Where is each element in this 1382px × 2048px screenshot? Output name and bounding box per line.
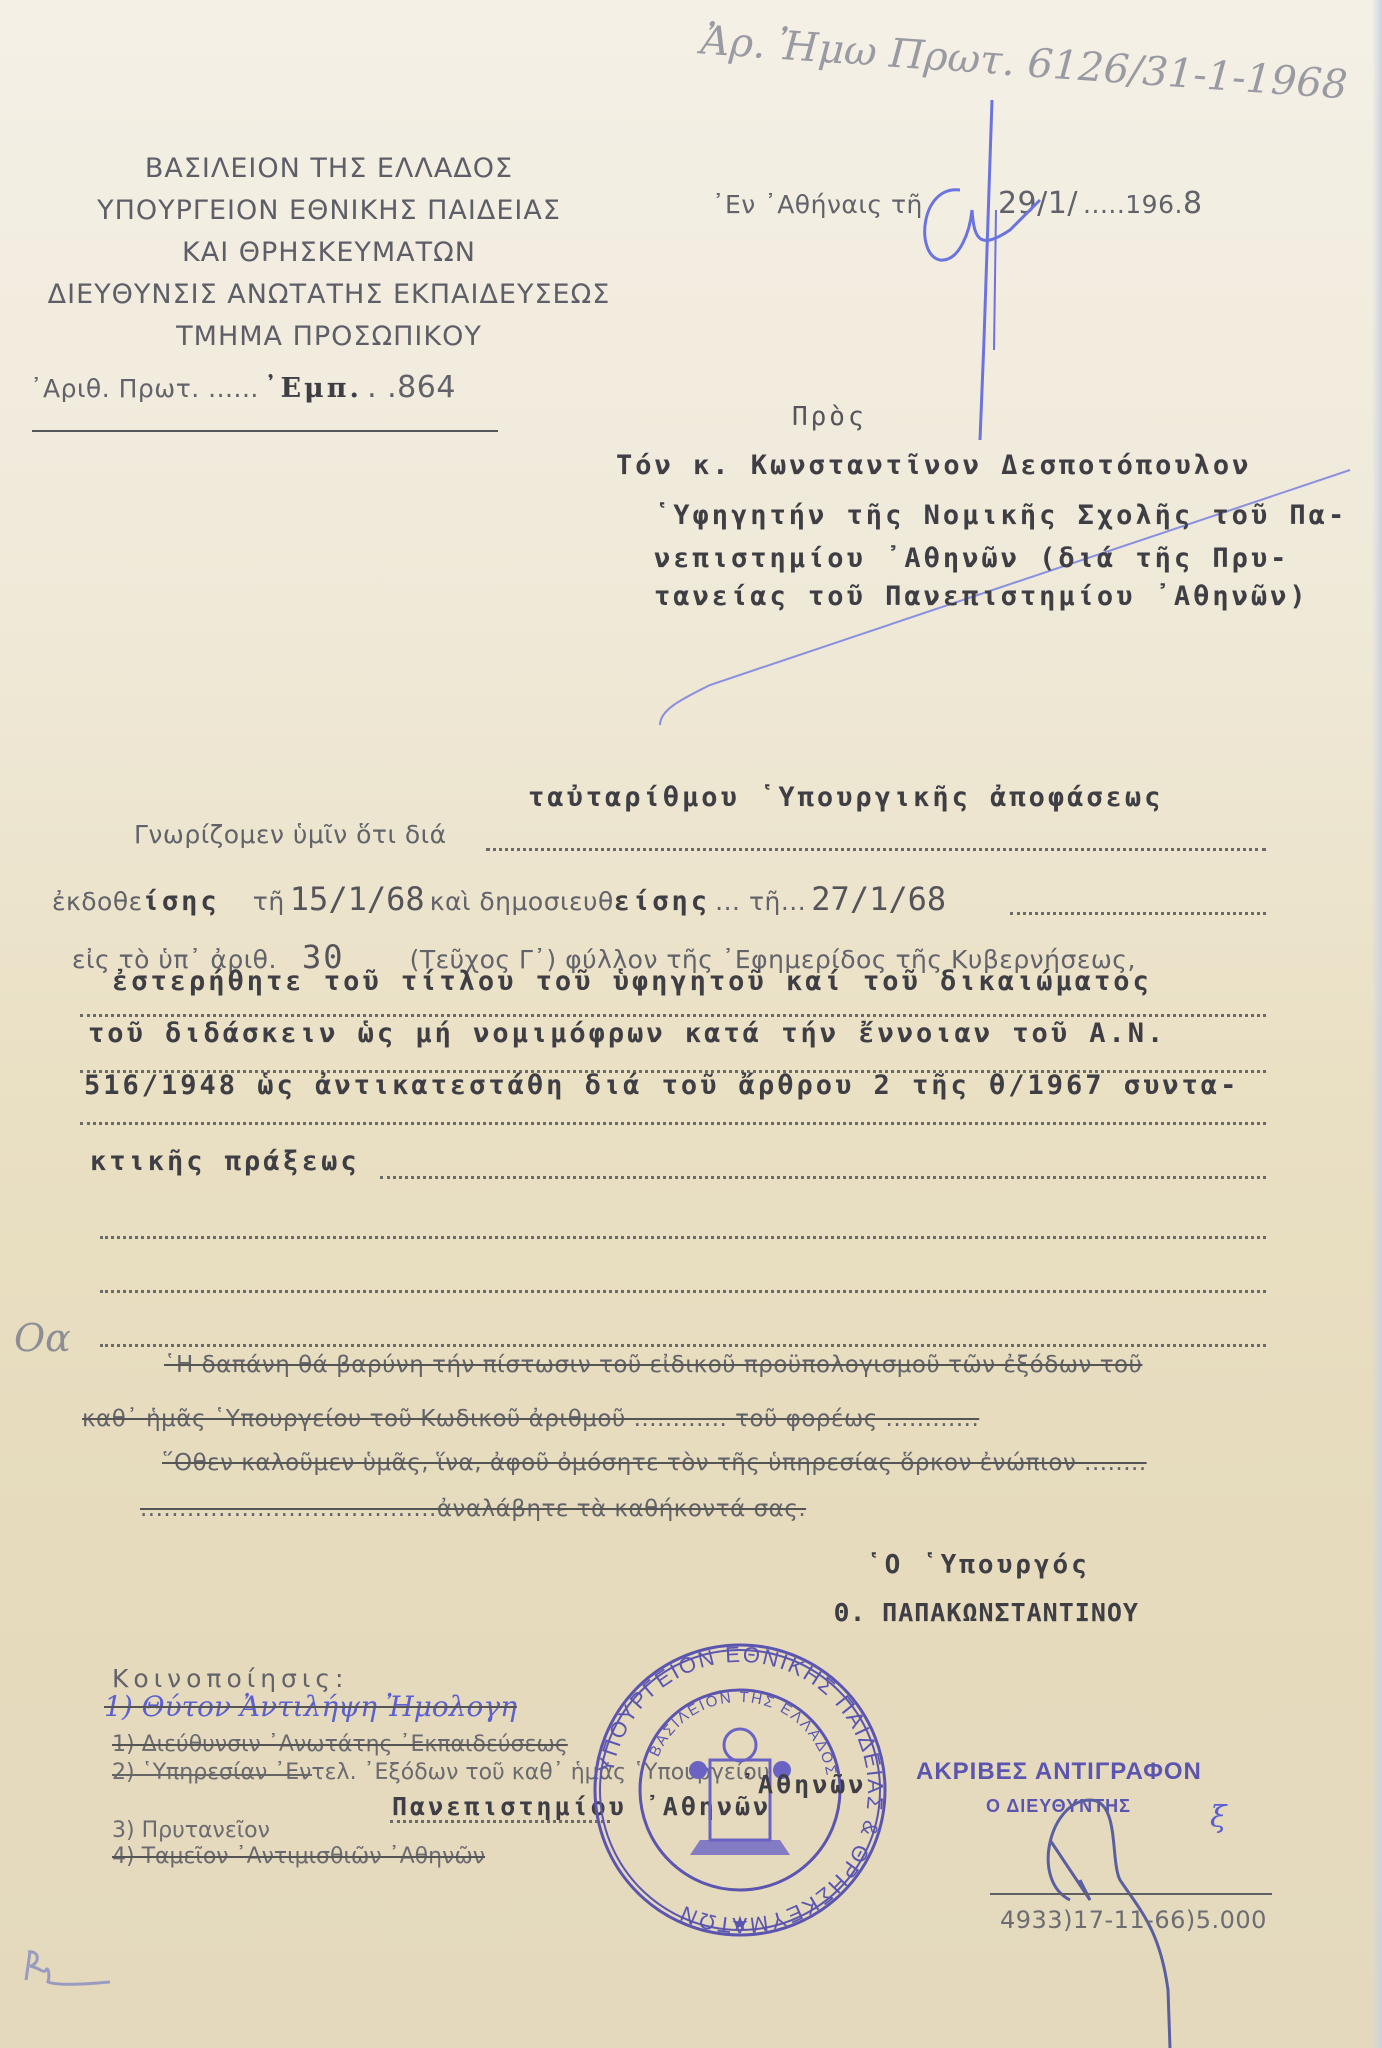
fill-dots xyxy=(80,1014,1266,1017)
letterhead-line: ΥΠΟΥΡΓΕΙΟΝ ΕΘΝΙΚΗΣ ΠΑΙΔΕΙΑΣ xyxy=(24,190,634,232)
published-date: 27/1/68 xyxy=(811,880,946,918)
handwritten-distribution-insert: 1) Θύτον Ἀντιλήψη Ἠμολογη xyxy=(104,1690,517,1723)
protocol-prefix: ᾿Εμπ. xyxy=(264,373,362,404)
header-divider xyxy=(32,430,498,432)
body-label: ἐκδοθε xyxy=(52,887,143,916)
fill-dots xyxy=(390,1820,610,1823)
distribution-item: 1) Διεύθυνσιν ᾿Ανωτάτης ᾿Εκπαιδεύσεως xyxy=(112,1732,568,1757)
crossed-out-line: ῞Οθεν καλοῦμεν ὑμᾶς, ἵνα, ἀφοῦ ὀμόσητε τ… xyxy=(162,1450,1147,1476)
signature-scribble-icon xyxy=(900,90,1080,450)
issued-date: 15/1/68 xyxy=(290,880,425,918)
body-label: ... τῆ... xyxy=(715,887,806,916)
letterhead-line: ΔΙΕΥΘΥΝΣΙΣ ΑΝΩΤΑΤΗΣ ΕΚΠΑΙΔΕΥΣΕΩΣ xyxy=(24,274,634,316)
fill-dots xyxy=(486,848,1266,851)
stamp-overprint-athens: ᾿Αθηνῶν xyxy=(740,1770,866,1799)
crossed-out-line: ......................................ἀν… xyxy=(140,1496,806,1522)
distribution-item: 3) Πρυτανεῖον xyxy=(112,1818,270,1843)
letterhead-line: ΤΜΗΜΑ ΠΡΟΣΩΠΙΚΟΥ xyxy=(24,316,634,358)
typed-content-line: τοῦ διδάσκειν ὡς μή νομιμόφρων κατά τήν … xyxy=(88,1018,1166,1049)
crossed-out-line: καθ᾿ ἡμᾶς ῾Υπουργείου τοῦ Κωδικοῦ ἀριθμο… xyxy=(82,1406,979,1432)
recipient-line: νεπιστημίου ᾿Αθηνῶν (διά τῆς Πρυ- xyxy=(654,540,1347,578)
recipient-to-label: Πρὸς xyxy=(792,402,867,432)
fill-dots xyxy=(380,1176,1266,1179)
body-label: καὶ δημοσιευθ xyxy=(430,887,614,916)
director-initial: ξ xyxy=(1210,1800,1227,1835)
protocol-number-row: ᾿Αριθ. Πρωτ. ...... ᾿Εμπ. . .864 xyxy=(30,370,456,405)
svg-text:ΒΑΣΙΛΕΙΟΝ ΤΗΣ ΕΛΛΑΔΟΣ: ΒΑΣΙΛΕΙΟΝ ΤΗΣ ΕΛΛΑΔΟΣ xyxy=(646,1689,840,1778)
protocol-label: ᾿Αριθ. Πρωτ. ...... xyxy=(30,374,259,403)
official-stamp: ΥΠΟΥΡΓΕΙΟΝ ΕΘΝΙΚΗΣ ΠΑΙΔΕΙΑΣ & ΘΡΗΣΚΕΥΜΑΤ… xyxy=(590,1640,890,1940)
stamp-star: ★ xyxy=(731,1911,749,1935)
body-label: τῆ xyxy=(253,887,285,916)
body-fill: είσης xyxy=(614,886,710,917)
signatory-title: ῾Ο ῾Υπουργός xyxy=(866,1550,1090,1580)
typed-content-line: ἐστερήθητε τοῦ τίτλου τοῦ ὑφηγητοῦ καί τ… xyxy=(112,966,1152,997)
fill-dots xyxy=(100,1290,1266,1293)
decision-type-fill: ταὐταρίθμου ῾Υπουργικῆς ἀποφάσεως xyxy=(528,782,1163,813)
fill-dots xyxy=(80,1122,1266,1125)
distribution-item: 4) Ταμεῖον ᾿Αντιμισθιῶν ᾿Αθηνῶν xyxy=(112,1844,485,1869)
typed-content-line: 516/1948 ὡς ἀντικατεστάθη διά τοῦ ἄρθρου… xyxy=(84,1070,1239,1101)
signatory-name: Θ. ΠΑΠΑΚΩΝΣΤΑΝΤΙΝΟΥ xyxy=(834,1598,1139,1627)
body-label: Γνωρίζομεν ὑμῖν ὅτι διά xyxy=(134,820,447,849)
recipient-block: Τόν κ. Κωνσταντῖνον Δεσποτόπουλον ῾Υφηγη… xyxy=(616,440,1347,616)
fill-dots xyxy=(100,1236,1266,1239)
fill-dots xyxy=(1010,912,1266,915)
letterhead-line: ΚΑΙ ΘΡΗΣΚΕΥΜΑΤΩΝ xyxy=(24,232,634,274)
print-code: 4933)17-11-66)5.000 xyxy=(1000,1906,1267,1934)
year-label: .....196. xyxy=(1083,190,1183,219)
scan-edge xyxy=(1372,0,1382,2048)
margin-note: Οα xyxy=(14,1316,71,1360)
recipient-line: Τόν κ. Κωνσταντῖνον Δεσποτόπουλον xyxy=(616,440,1347,492)
recipient-line: τανείας τοῦ Πανεπιστημίου ᾿Αθηνῶν) xyxy=(654,578,1347,616)
crossed-out-line: ῾Η δαπάνη θά βαρύνη τήν πίστωσιν τοῦ εἰδ… xyxy=(164,1352,1142,1378)
body-fill: ίσης xyxy=(143,886,220,917)
protocol-number: . .864 xyxy=(367,370,456,405)
footer-rule xyxy=(990,1893,1272,1895)
body-line-2: ἐκδοθείσης τῆ 15/1/68 καὶ δημοσιευθείσης… xyxy=(52,880,946,918)
date-label: ᾿Εν ᾿Αθήναις τῆ xyxy=(712,190,923,219)
recipient-line: ῾Υφηγητήν τῆς Νομικῆς Σχολῆς τοῦ Πα- xyxy=(654,492,1347,540)
fill-dots xyxy=(100,1344,1266,1347)
distribution-label: Κοινοποίησις: xyxy=(112,1664,348,1693)
letterhead-line: ΒΑΣΙΛΕΙΟΝ ΤΗΣ ΕΛΛΑΔΟΣ xyxy=(24,148,634,190)
letterhead: ΒΑΣΙΛΕΙΟΝ ΤΗΣ ΕΛΛΑΔΟΣ ΥΠΟΥΡΓΕΙΟΝ ΕΘΝΙΚΗΣ… xyxy=(24,148,634,358)
year-digit: 8 xyxy=(1183,186,1203,221)
body-line-1: Γνωρίζομεν ὑμῖν ὅτι διά xyxy=(134,820,447,849)
typed-content-line: κτικῆς πράξεως xyxy=(90,1146,360,1177)
initials-scribble-icon xyxy=(18,1944,118,1994)
distribution-strike xyxy=(112,1774,312,1776)
